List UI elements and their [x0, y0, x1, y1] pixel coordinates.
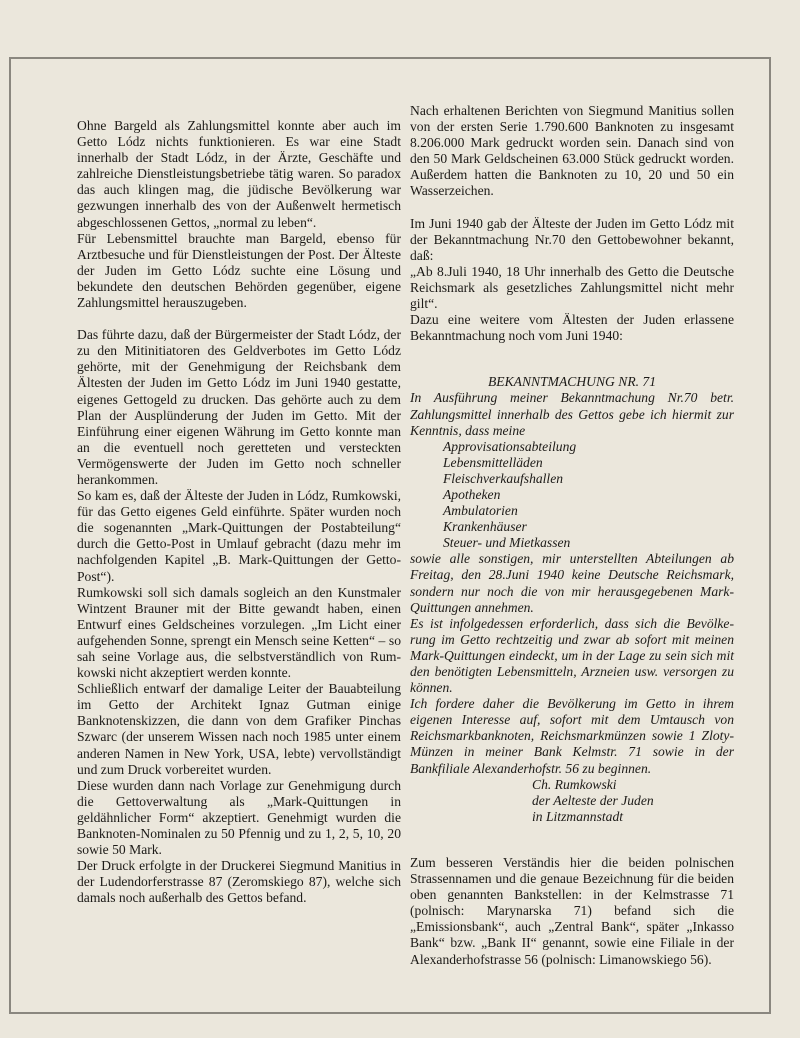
paragraph: „Ab 8.Juli 1940, 18 Uhr innerhalb des Ge… — [410, 264, 734, 312]
notice-list-item: Apotheken — [443, 487, 734, 503]
notice-body: sowie alle sonstigen, mir unterstellten … — [410, 551, 734, 615]
notice-list-item: Krankenhäuser — [443, 519, 734, 535]
notice-title: BEKANNTMACHUNG NR. 71 — [410, 374, 734, 390]
paragraph: Das führte dazu, daß der Bürgermeister d… — [77, 327, 401, 488]
notice-body: Es ist infolgedessen erforderlich, dass … — [410, 616, 734, 696]
right-column: Nach erhaltenen Berichten von Siegmund M… — [410, 103, 734, 968]
left-column: Ohne Bargeld als Zahlungsmittel konnte a… — [77, 118, 401, 907]
paragraph-spacer — [410, 344, 734, 374]
notice-body: Ich fordere daher die Bevölkerung im Get… — [410, 696, 734, 776]
notice-intro: In Ausführung meiner Bekanntmachung Nr.7… — [410, 390, 734, 438]
paragraph: Nach erhaltenen Berichten von Siegmund M… — [410, 103, 734, 200]
notice-signature-name: Ch. Rumkowski — [532, 777, 734, 793]
paragraph: Dazu eine weitere vom Ältesten der Juden… — [410, 312, 734, 344]
notice-signature-title: der Aelteste der Juden — [532, 793, 734, 809]
paragraph-spacer — [410, 200, 734, 216]
notice-signature-place: in Litzmannstadt — [532, 809, 734, 825]
notice-list-item: Ambulatorien — [443, 503, 734, 519]
paragraph: Ohne Bargeld als Zahlungsmittel konnte a… — [77, 118, 401, 231]
paragraph: Schließlich entwarf der damalige Leiter … — [77, 681, 401, 778]
notice-list-item: Steuer- und Mietkassen — [443, 535, 734, 551]
paragraph: Diese wurden dann nach Vorlage zur Geneh… — [77, 778, 401, 858]
paragraph: Für Lebensmittel brauchte man Bargeld, e… — [77, 231, 401, 311]
paragraph: Der Druck erfolgte in der Druckerei Sieg… — [77, 858, 401, 906]
notice-list-item: Lebensmittelläden — [443, 455, 734, 471]
paragraph: Rumkowski soll sich damals sogleich an d… — [77, 585, 401, 682]
notice-list-item: Fleischverkaufshallen — [443, 471, 734, 487]
paragraph: Im Juni 1940 gab der Älteste der Juden i… — [410, 216, 734, 264]
notice-list-item: Approvisationsabteilung — [443, 439, 734, 455]
paragraph: So kam es, daß der Älteste der Juden in … — [77, 488, 401, 585]
paragraph-spacer — [410, 825, 734, 855]
paragraph: Zum besseren Verständis hier die beiden … — [410, 855, 734, 968]
notice-bekanntmachung-71: BEKANNTMACHUNG NR. 71 In Ausführung mein… — [410, 374, 734, 825]
paragraph-spacer — [77, 311, 401, 327]
